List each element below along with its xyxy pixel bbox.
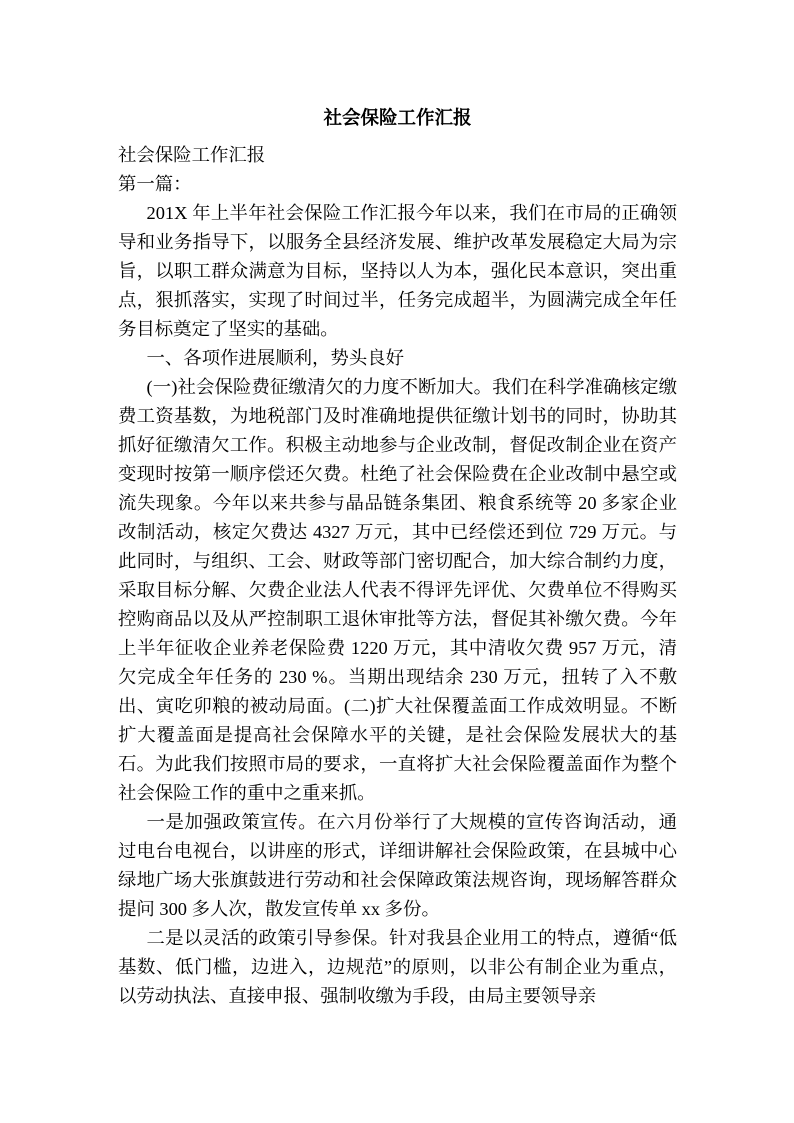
heading-section-one: 一、各项作进展顺利，势头良好 (118, 344, 677, 373)
paragraph-collection-work: (一)社会保险费征缴清欠的力度不断加大。我们在科学准确核定缴费工资基数，为地税部… (118, 373, 677, 808)
paragraph-policy-publicity: 一是加强政策宣传。在六月份举行了大规模的宣传咨询活动，通过电台电视台，以讲座的形… (118, 808, 677, 924)
paragraph-flexible-policy: 二是以灵活的政策引导参保。针对我县企业用工的特点，遵循“低基数、低门槛，边进入，… (118, 924, 677, 1011)
section-label: 第一篇： (118, 170, 677, 199)
paragraph-intro: 201X 年上半年社会保险工作汇报今年以来，我们在市局的正确领导和业务指导下，以… (118, 199, 677, 344)
subtitle-line: 社会保险工作汇报 (118, 141, 677, 170)
document-page[interactable]: 社会保险工作汇报 社会保险工作汇报 第一篇： 201X 年上半年社会保险工作汇报… (0, 0, 794, 1123)
document-title: 社会保险工作汇报 (118, 105, 677, 134)
